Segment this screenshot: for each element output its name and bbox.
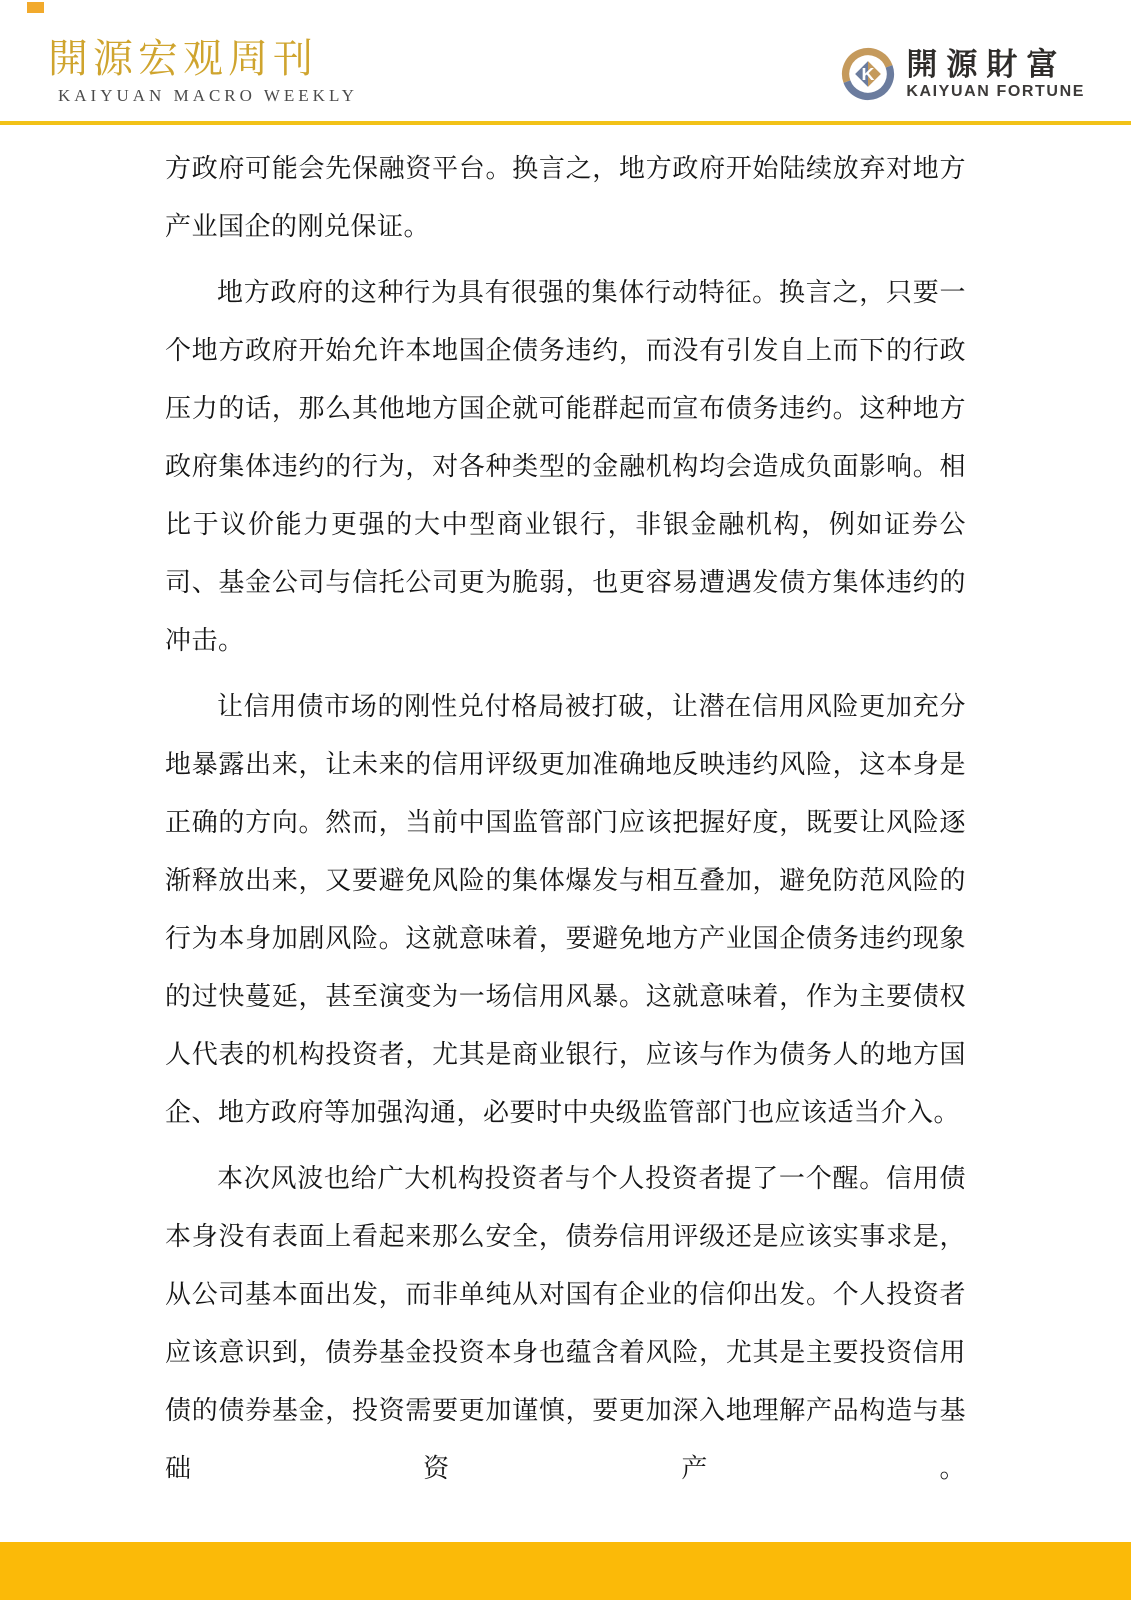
publication-subtitle: KAIYUAN MACRO WEEKLY <box>58 86 358 106</box>
body-paragraph: 让信用债市场的刚性兑付格局被打破，让潜在信用风险更加充分地暴露出来，让未来的信用… <box>165 677 966 1141</box>
header-divider-rule <box>0 121 1131 125</box>
body-paragraph: 本次风波也给广大机构投资者与个人投资者提了一个醒。信用债本身没有表面上看起来那么… <box>165 1149 966 1555</box>
logo-monogram: K <box>862 64 875 84</box>
company-logo: K 開源財富 KAIYUAN FORTUNE <box>840 46 1085 102</box>
masthead: 開源宏观周刊 KAIYUAN MACRO WEEKLY <box>48 36 358 106</box>
document-body: 方政府可能会先保融资平台。换言之，地方政府开始陆续放弃对地方产业国企的刚兑保证。… <box>165 139 966 1563</box>
page-header: 開源宏观周刊 KAIYUAN MACRO WEEKLY K 開源財富 KAIYU… <box>0 0 1131 125</box>
kaiyuan-fortune-emblem-icon: K <box>840 46 896 102</box>
body-paragraph: 方政府可能会先保融资平台。换言之，地方政府开始陆续放弃对地方产业国企的刚兑保证。 <box>165 139 966 255</box>
body-paragraph: 地方政府的这种行为具有很强的集体行动特征。换言之，只要一个地方政府开始允许本地国… <box>165 263 966 669</box>
logo-name-cn: 開源財富 <box>906 48 1085 82</box>
logo-name-en: KAIYUAN FORTUNE <box>906 83 1085 101</box>
publication-title: 開源宏观周刊 <box>48 36 358 82</box>
logo-text: 開源財富 KAIYUAN FORTUNE <box>906 48 1085 101</box>
footer-accent-bar <box>0 1542 1131 1600</box>
